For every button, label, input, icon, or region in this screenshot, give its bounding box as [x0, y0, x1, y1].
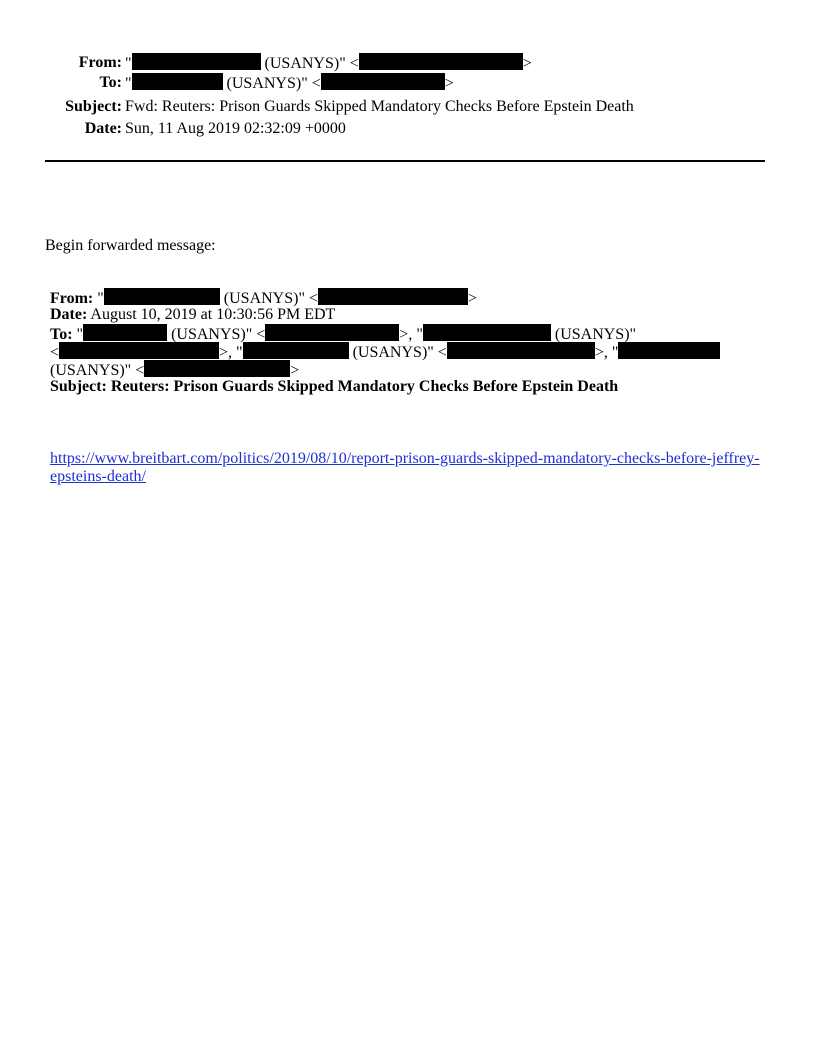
separator: >, "	[219, 344, 243, 361]
redacted-recipient-email	[321, 73, 445, 90]
forwarded-subject-label: Subject:	[50, 378, 107, 395]
forwarded-intro: Begin forwarded message:	[45, 236, 216, 256]
article-link[interactable]: https://www.breitbart.com/politics/2019/…	[50, 450, 760, 485]
forwarded-to-label: To:	[50, 326, 73, 343]
redacted-sender-email	[359, 53, 523, 70]
header-to-value: " (USANYS)" <>	[125, 73, 454, 94]
recipient-org: (USANYS)" <	[50, 362, 144, 379]
header-date-value: Sun, 11 Aug 2019 02:32:09 +0000	[125, 119, 346, 139]
quote: "	[73, 326, 84, 343]
redacted-recipient-email	[144, 360, 290, 377]
redacted-recipient-email	[59, 342, 219, 359]
bracket-open: <	[50, 344, 59, 361]
redacted-recipient-name	[83, 324, 167, 341]
forwarded-date-label: Date:	[50, 306, 87, 323]
sender-org: (USANYS)" <	[220, 290, 318, 307]
forwarded-date-value: August 10, 2019 at 10:30:56 PM EDT	[87, 306, 335, 323]
redacted-recipient-name	[423, 324, 551, 341]
header-subject-label: Subject:	[65, 97, 122, 117]
recipient-org: (USANYS)"	[551, 326, 636, 343]
article-link-line-2[interactable]: epsteins-death/	[50, 468, 146, 485]
redacted-recipient-name	[243, 342, 349, 359]
bracket-close: >	[445, 75, 454, 92]
forwarded-to-row-cont: (USANYS)" <>	[50, 360, 770, 378]
bracket-close: >	[290, 362, 299, 379]
redacted-recipient-name	[618, 342, 720, 359]
forwarded-subject-row: Subject: Reuters: Prison Guards Skipped …	[50, 378, 770, 396]
redacted-recipient-name	[132, 73, 223, 90]
recipient-org: (USANYS)" <	[349, 344, 447, 361]
header-subject-value: Fwd: Reuters: Prison Guards Skipped Mand…	[125, 97, 634, 117]
header-to-label: To:	[99, 73, 122, 93]
bracket-close: >	[468, 290, 477, 307]
article-link-block: https://www.breitbart.com/politics/2019/…	[50, 450, 770, 486]
header-from-label: From:	[79, 53, 122, 73]
header-divider	[45, 160, 765, 162]
bracket-close: >	[523, 55, 532, 72]
header-date-label: Date:	[85, 119, 122, 139]
recipient-org: (USANYS)" <	[167, 326, 265, 343]
forwarded-header: From: " (USANYS)" <> Date: August 10, 20…	[50, 288, 770, 396]
forwarded-to-row-cont: <>, " (USANYS)" <>, "	[50, 342, 770, 360]
recipient-org: (USANYS)" <	[223, 75, 321, 92]
forwarded-from-label: From:	[50, 290, 93, 307]
forwarded-from-row: From: " (USANYS)" <>	[50, 288, 770, 306]
forwarded-date-row: Date: August 10, 2019 at 10:30:56 PM EDT	[50, 306, 770, 324]
redacted-sender-email	[318, 288, 468, 305]
redacted-sender-name	[132, 53, 261, 70]
article-link-line-1[interactable]: https://www.breitbart.com/politics/2019/…	[50, 450, 760, 467]
separator: >, "	[399, 326, 423, 343]
redacted-sender-name	[104, 288, 220, 305]
redacted-recipient-email	[265, 324, 399, 341]
forwarded-to-row: To: " (USANYS)" <>, " (USANYS)"	[50, 324, 770, 342]
sender-org: (USANYS)" <	[261, 55, 359, 72]
header-from-value: " (USANYS)" <>	[125, 53, 532, 74]
quote: "	[93, 290, 104, 307]
redacted-recipient-email	[447, 342, 595, 359]
separator: >, "	[595, 344, 619, 361]
forwarded-subject-value: Reuters: Prison Guards Skipped Mandatory…	[107, 378, 618, 395]
